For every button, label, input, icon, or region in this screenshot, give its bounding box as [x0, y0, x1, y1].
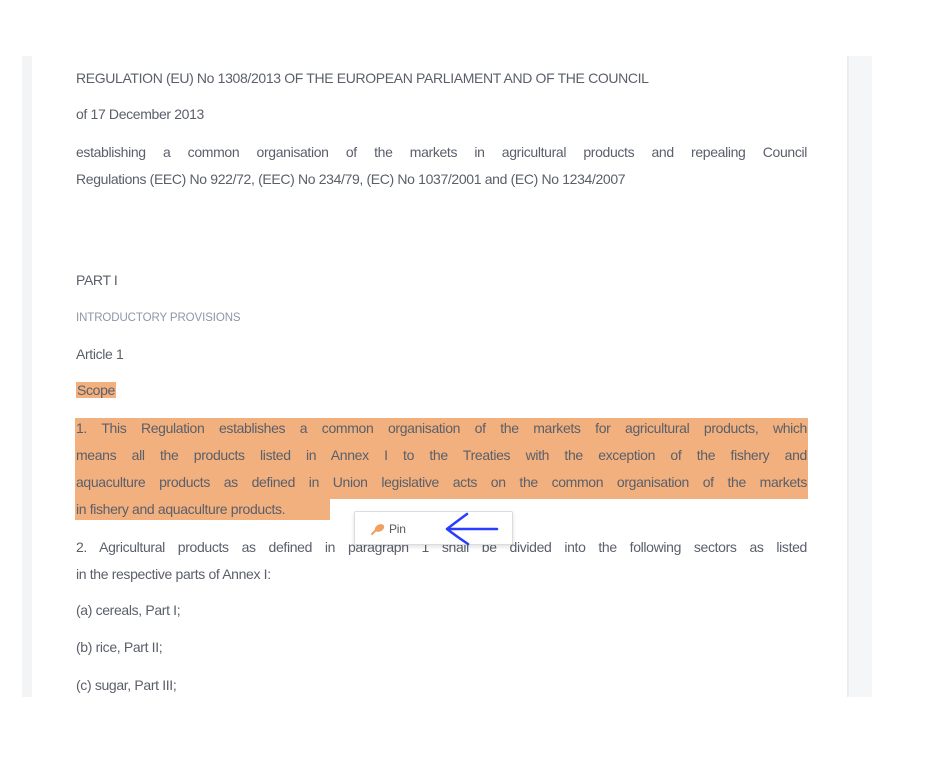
- part-title: INTRODUCTORY PROVISIONS: [76, 308, 240, 328]
- document-frame-left: [22, 56, 32, 697]
- selection-popup: Pin: [354, 511, 513, 545]
- regulation-subtitle-line-1: establishing a common organisation of th…: [76, 142, 807, 162]
- list-item: (a) cereals, Part I;: [76, 600, 180, 620]
- pin-label: Pin: [389, 522, 406, 536]
- paragraph-1-line-3[interactable]: aquaculture products as defined in Union…: [76, 472, 807, 492]
- article-title[interactable]: Scope: [76, 380, 116, 400]
- list-item: (c) sugar, Part III;: [76, 675, 176, 695]
- pin-icon: [371, 523, 385, 535]
- regulation-subtitle-line-2: Regulations (EEC) No 922/72, (EEC) No 23…: [76, 169, 625, 189]
- paragraph-1-line-2[interactable]: means all the products listed in Annex I…: [76, 445, 807, 465]
- part-heading: PART I: [76, 270, 117, 290]
- paragraph-1-line-4[interactable]: in fishery and aquaculture products.: [76, 499, 285, 519]
- article-heading: Article 1: [76, 344, 123, 364]
- pin-button[interactable]: Pin: [371, 520, 406, 538]
- paragraph-2-line-2: in the respective parts of Annex I:: [76, 564, 271, 584]
- document-scrollbar-track[interactable]: [847, 56, 872, 697]
- regulation-date: of 17 December 2013: [76, 104, 204, 124]
- list-item: (b) rice, Part II;: [76, 637, 162, 657]
- paragraph-1-line-1[interactable]: 1. This Regulation establishes a common …: [76, 418, 807, 438]
- regulation-title: REGULATION (EU) No 1308/2013 OF THE EURO…: [76, 68, 649, 88]
- highlighted-scope[interactable]: Scope: [76, 382, 116, 398]
